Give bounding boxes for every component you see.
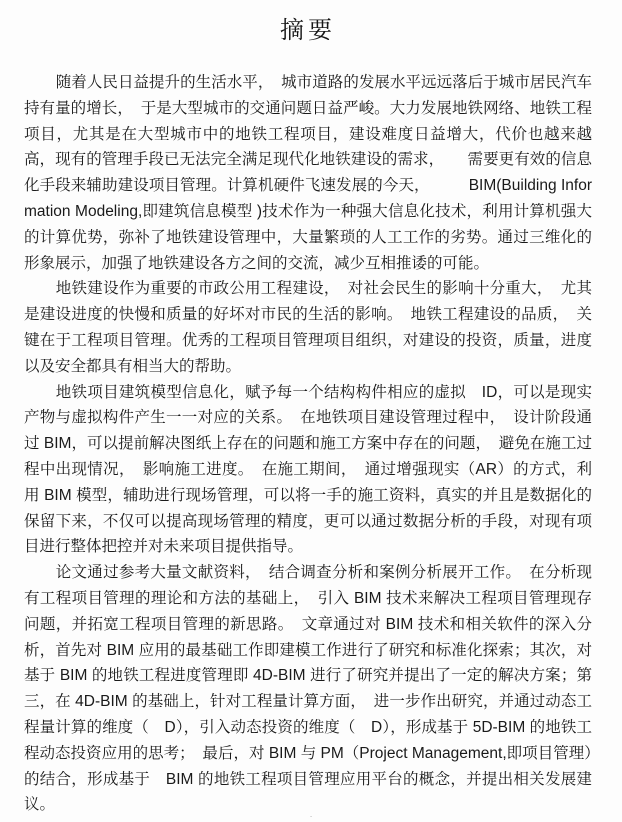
abstract-paragraph-4: 论文通过参考大量文献资料， 结合调查分析和案例分析展开工作。 在分析现有工程项目… bbox=[24, 560, 592, 818]
abstract-paragraph-2: 地铁建设作为重要的市政公用工程建设， 对社会民生的影响十分重大， 尤其是建设进度… bbox=[24, 276, 592, 379]
abstract-paragraph-1: 随着人民日益提升的生活水平， 城市道路的发展水平远远落后于城市居民汽车持有量的增… bbox=[24, 70, 592, 276]
abstract-paragraph-3: 地铁项目建筑模型信息化，赋予每一个结构构件相应的虚拟 ID，可以是现实产物与虚拟… bbox=[24, 380, 592, 561]
document-page: 摘要 随着人民日益提升的生活水平， 城市道路的发展水平远远落后于城市居民汽车持有… bbox=[0, 0, 622, 822]
page-title: 摘要 bbox=[24, 10, 592, 45]
page-footer-mark: · bbox=[310, 814, 312, 821]
